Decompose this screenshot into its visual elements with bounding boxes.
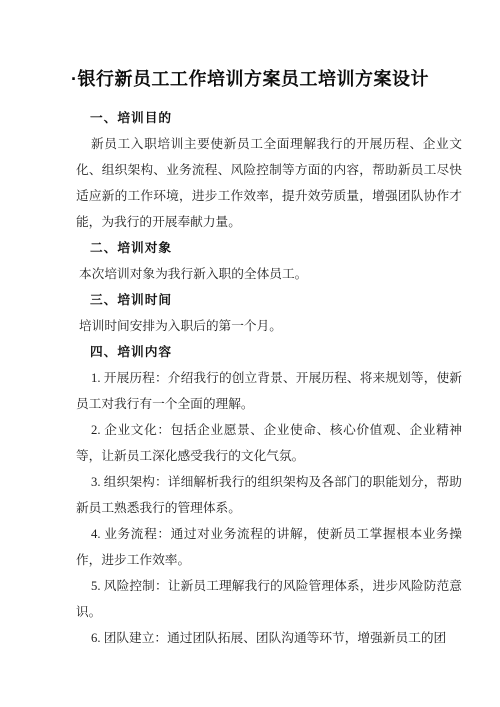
paragraph-training-audience: 本次培训对象为我行新入职的全体员工。 <box>76 261 462 287</box>
numbered-item-business-process: 4. 业务流程：通过对业务流程的讲解，使新员工掌握根本业务操作，进步工作效率。 <box>76 521 462 573</box>
numbered-item-development-history: 1. 开展历程：介绍我行的创立背景、开展历程、将来规划等，使新员工对我行有一个全… <box>76 365 462 417</box>
document-body: 一、培训目的 新员工入职培训主要使新员工全面理解我行的开展历程、企业文化、组织架… <box>76 105 462 651</box>
numbered-item-corporate-culture: 2. 企业文化：包括企业愿景、企业使命、核心价值观、企业精神等，让新员工深化感受… <box>76 417 462 469</box>
section-heading-training-purpose: 一、培训目的 <box>76 105 462 131</box>
numbered-item-org-structure: 3. 组织架构：详细解析我行的组织架构及各部门的职能划分，帮助新员工熟悉我行的管… <box>76 469 462 521</box>
document-page: ·银行新员工工作培训方案员工培训方案设计 一、培训目的 新员工入职培训主要使新员… <box>0 0 500 707</box>
section-heading-training-audience: 二、培训对象 <box>76 235 462 261</box>
numbered-item-risk-control: 5. 风险控制：让新员工理解我行的风险管理体系，进步风险防范意识。 <box>76 573 462 625</box>
paragraph-training-time: 培训时间安排为入职后的第一个月。 <box>76 313 462 339</box>
paragraph-training-purpose: 新员工入职培训主要使新员工全面理解我行的开展历程、企业文化、组织架构、业务流程、… <box>76 131 462 235</box>
section-heading-training-time: 三、培训时间 <box>76 287 462 313</box>
section-heading-training-content: 四、培训内容 <box>76 339 462 365</box>
document-title: ·银行新员工工作培训方案员工培训方案设计 <box>20 0 480 92</box>
numbered-item-team-building: 6. 团队建立：通过团队拓展、团队沟通等环节，增强新员工的团 <box>76 625 462 651</box>
